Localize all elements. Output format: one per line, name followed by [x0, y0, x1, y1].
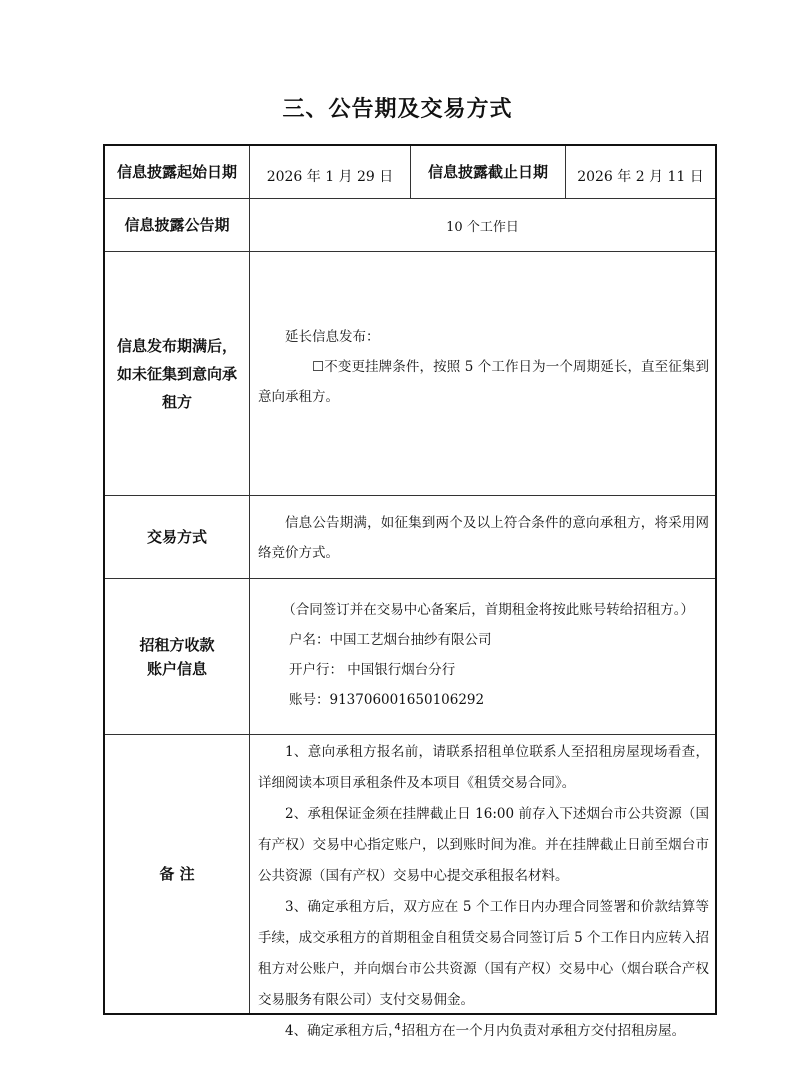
- trade-method-content: 信息公告期满，如征集到两个及以上符合条件的意向承租方，将采用网络竞价方式。: [250, 496, 715, 579]
- account-note: （合同签订并在交易中心备案后，首期租金将按此账号转给招租方。）: [262, 595, 709, 625]
- announcement-table: 信息披露起始日期 2026 年 1 月 29 日 信息披露截止日期 2026 年…: [103, 144, 717, 1015]
- account-info-label-line2: 账户信息: [147, 657, 207, 681]
- account-info-label-line1: 招租方收款: [139, 633, 214, 657]
- page-title: 三、公告期及交易方式: [0, 92, 795, 123]
- account-number: 账号：913706001650106292: [262, 685, 709, 715]
- checkbox-icon[interactable]: ☐: [285, 352, 324, 382]
- extension-label-line3: 租方: [162, 388, 192, 416]
- disclosure-period-label: 信息披露公告期: [105, 199, 250, 252]
- extension-heading: 延长信息发布：: [258, 322, 709, 352]
- remarks-content: 1、意向承租方报名前，请联系招租单位联系人至招租房屋现场看查，详细阅读本项目承租…: [250, 735, 715, 1013]
- extension-label-line2: 如未征集到意向承: [117, 360, 237, 388]
- account-info-label: 招租方收款 账户信息: [105, 579, 250, 735]
- start-date-label: 信息披露起始日期: [105, 146, 250, 199]
- end-date-label: 信息披露截止日期: [411, 146, 566, 199]
- remarks-label: 备 注: [105, 735, 250, 1013]
- account-name: 户名：中国工艺烟台抽纱有限公司: [262, 625, 709, 655]
- extension-option-text: 不变更挂牌条件，按照 5 个工作日为一个周期延长，直至征集到意向承租方。: [258, 359, 709, 405]
- account-bank: 开户行： 中国银行烟台分行: [262, 655, 709, 685]
- trade-method-label: 交易方式: [105, 496, 250, 579]
- trade-method-text: 信息公告期满，如征集到两个及以上符合条件的意向承租方，将采用网络竞价方式。: [258, 508, 709, 568]
- start-date-value: 2026 年 1 月 29 日: [250, 146, 411, 199]
- extension-label: 信息发布期满后， 如未征集到意向承 租方: [105, 252, 250, 496]
- end-date-value: 2026 年 2 月 11 日: [566, 146, 715, 199]
- remark-item: 3、确定承租方后，双方应在 5 个工作日内办理合同签署和价款结算等手续，成交承租…: [258, 892, 709, 1016]
- disclosure-period-value: 10 个工作日: [250, 199, 715, 252]
- extension-option: ☐不变更挂牌条件，按照 5 个工作日为一个周期延长，直至征集到意向承租方。: [258, 352, 709, 412]
- page-number: 4: [0, 1022, 795, 1033]
- extension-content: 延长信息发布： ☐不变更挂牌条件，按照 5 个工作日为一个周期延长，直至征集到意…: [250, 252, 715, 496]
- remark-item: 2、承租保证金须在挂牌截止日 16:00 前存入下述烟台市公共资源（国有产权）交…: [258, 799, 709, 892]
- account-info-content: （合同签订并在交易中心备案后，首期租金将按此账号转给招租方。） 户名：中国工艺烟…: [250, 579, 715, 735]
- extension-label-line1: 信息发布期满后，: [117, 332, 237, 360]
- remark-item: 1、意向承租方报名前，请联系招租单位联系人至招租房屋现场看查，详细阅读本项目承租…: [258, 737, 709, 799]
